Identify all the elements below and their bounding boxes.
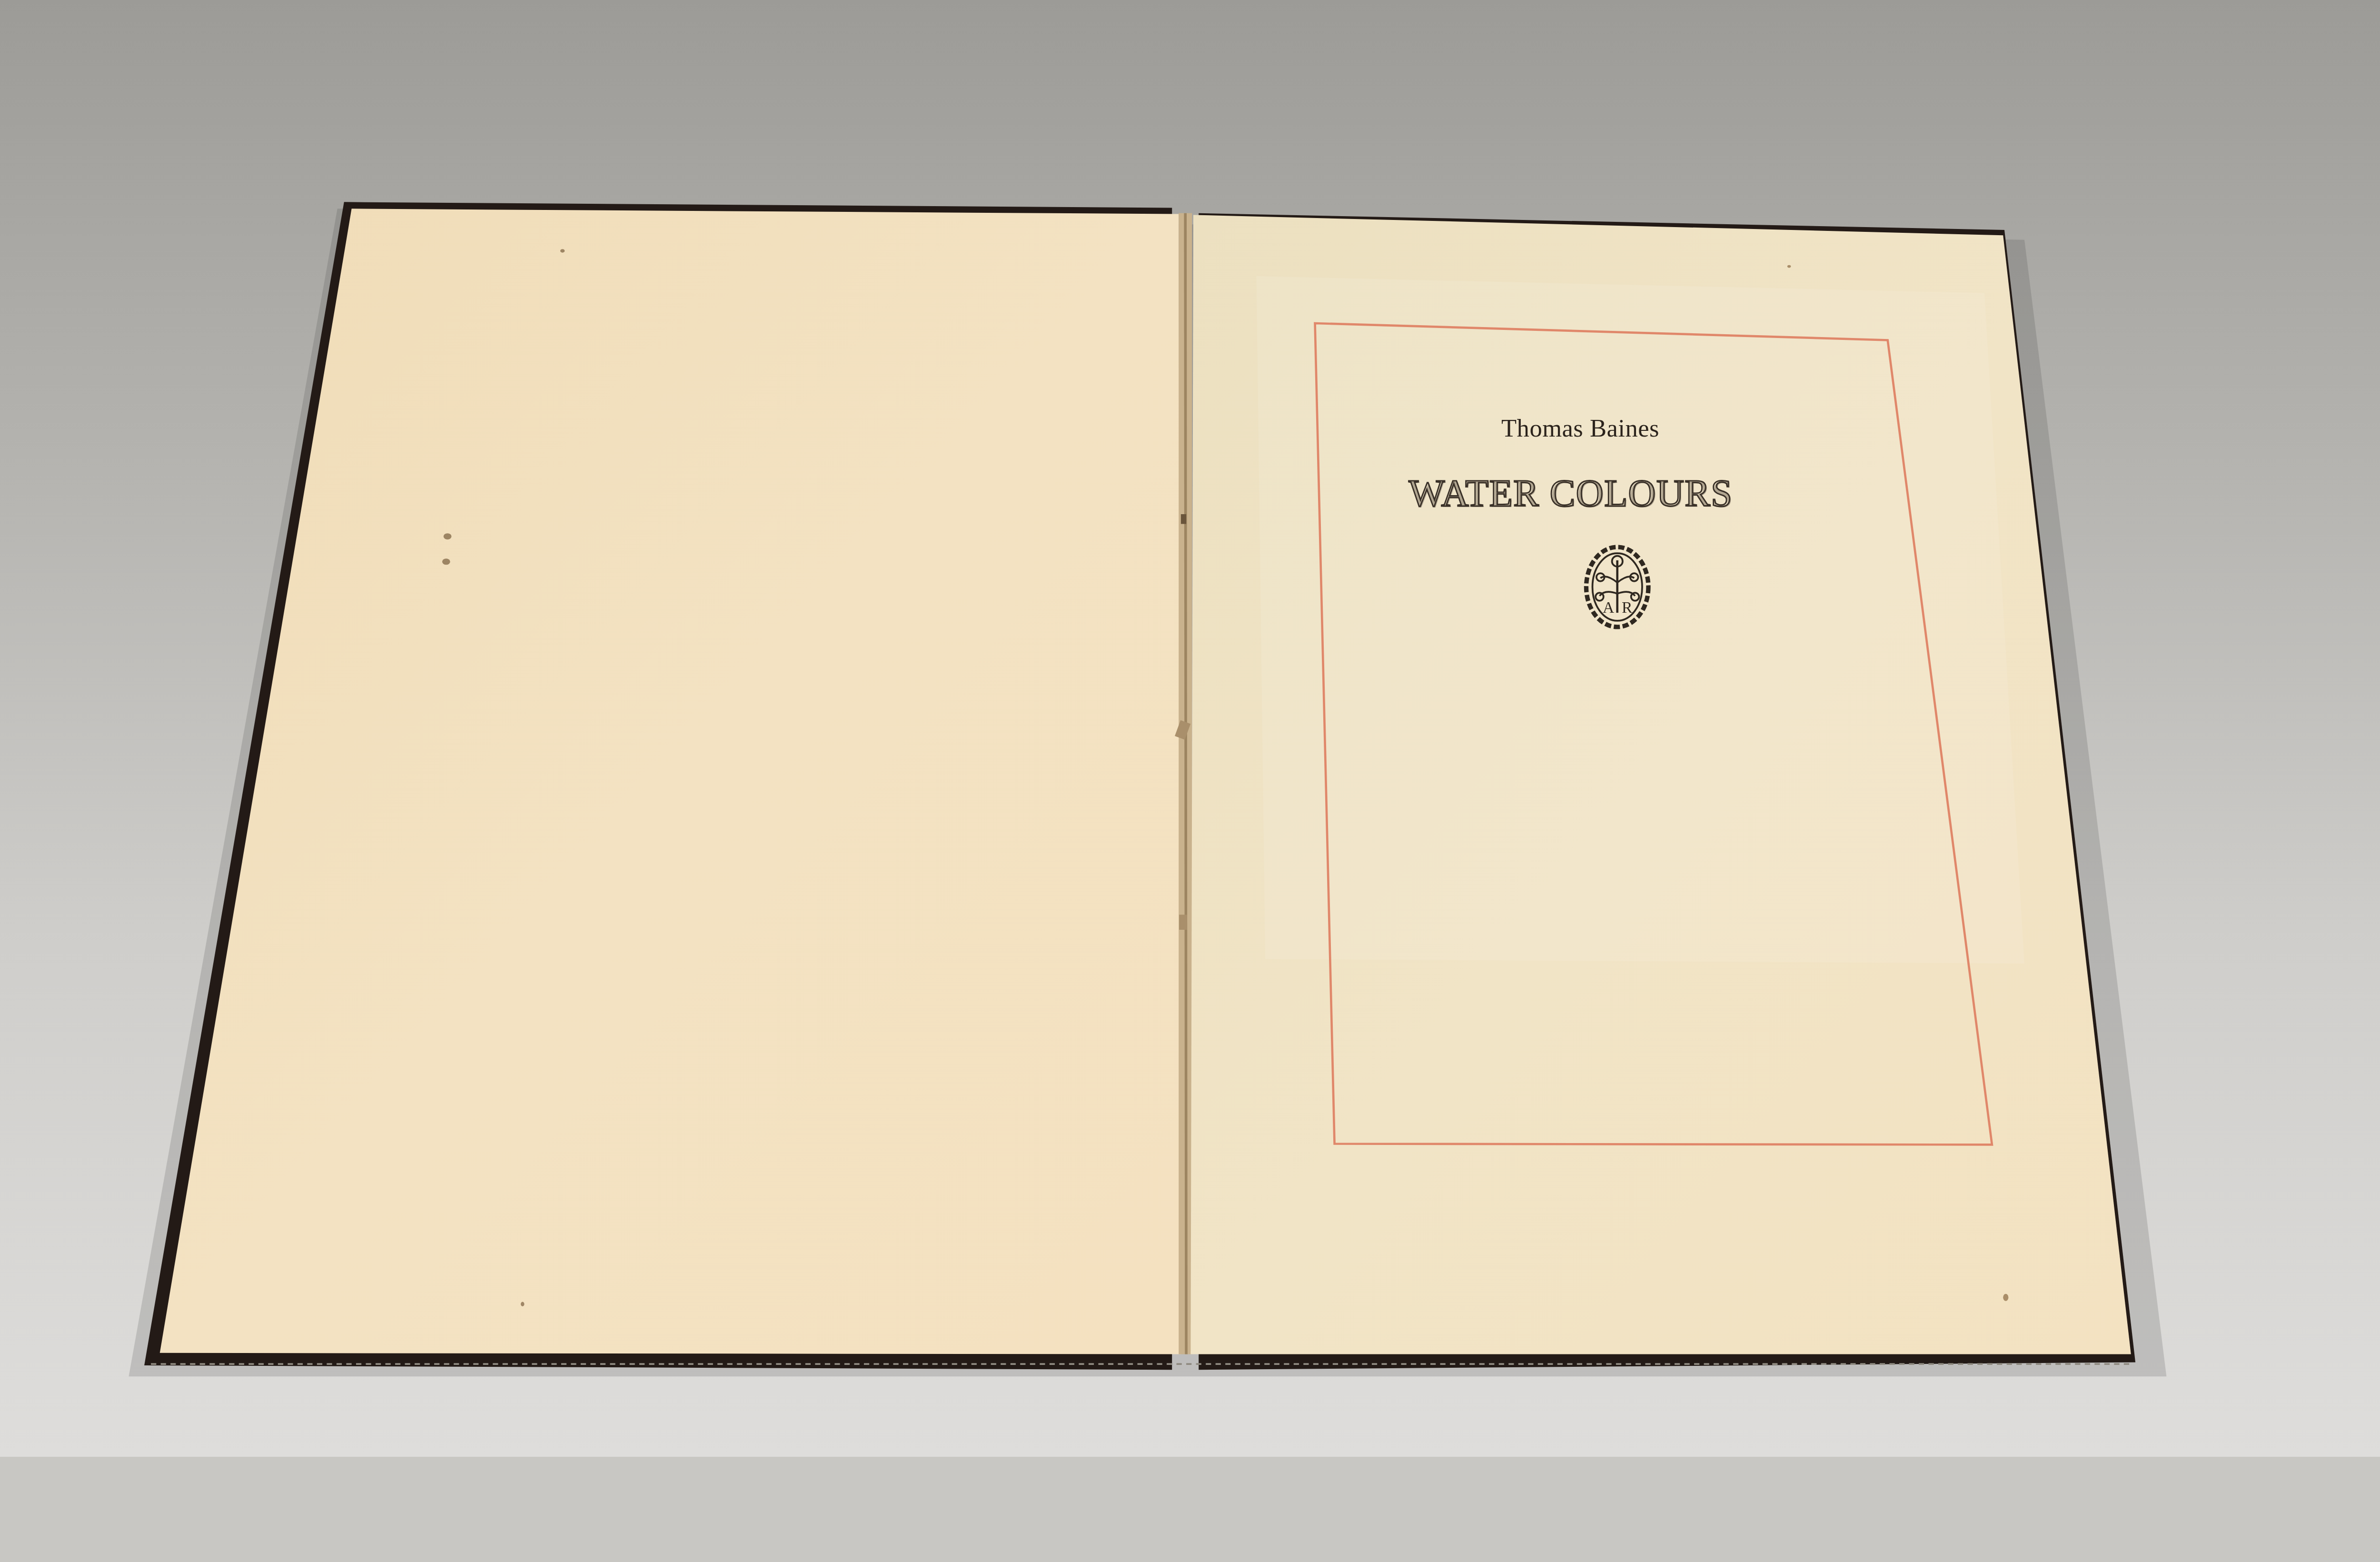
- book-illustration: A R: [0, 0, 2380, 1457]
- book-title: WATER COLOURS: [1409, 472, 1733, 516]
- emblem-monogram-a: A: [1603, 599, 1614, 617]
- emblem-monogram-r: R: [1622, 599, 1633, 617]
- show-through: [1256, 276, 2024, 964]
- author-name: Thomas Baines: [1501, 414, 1659, 443]
- photo-stage: A R Thomas Baines WATER COLOURS: [0, 0, 2380, 1457]
